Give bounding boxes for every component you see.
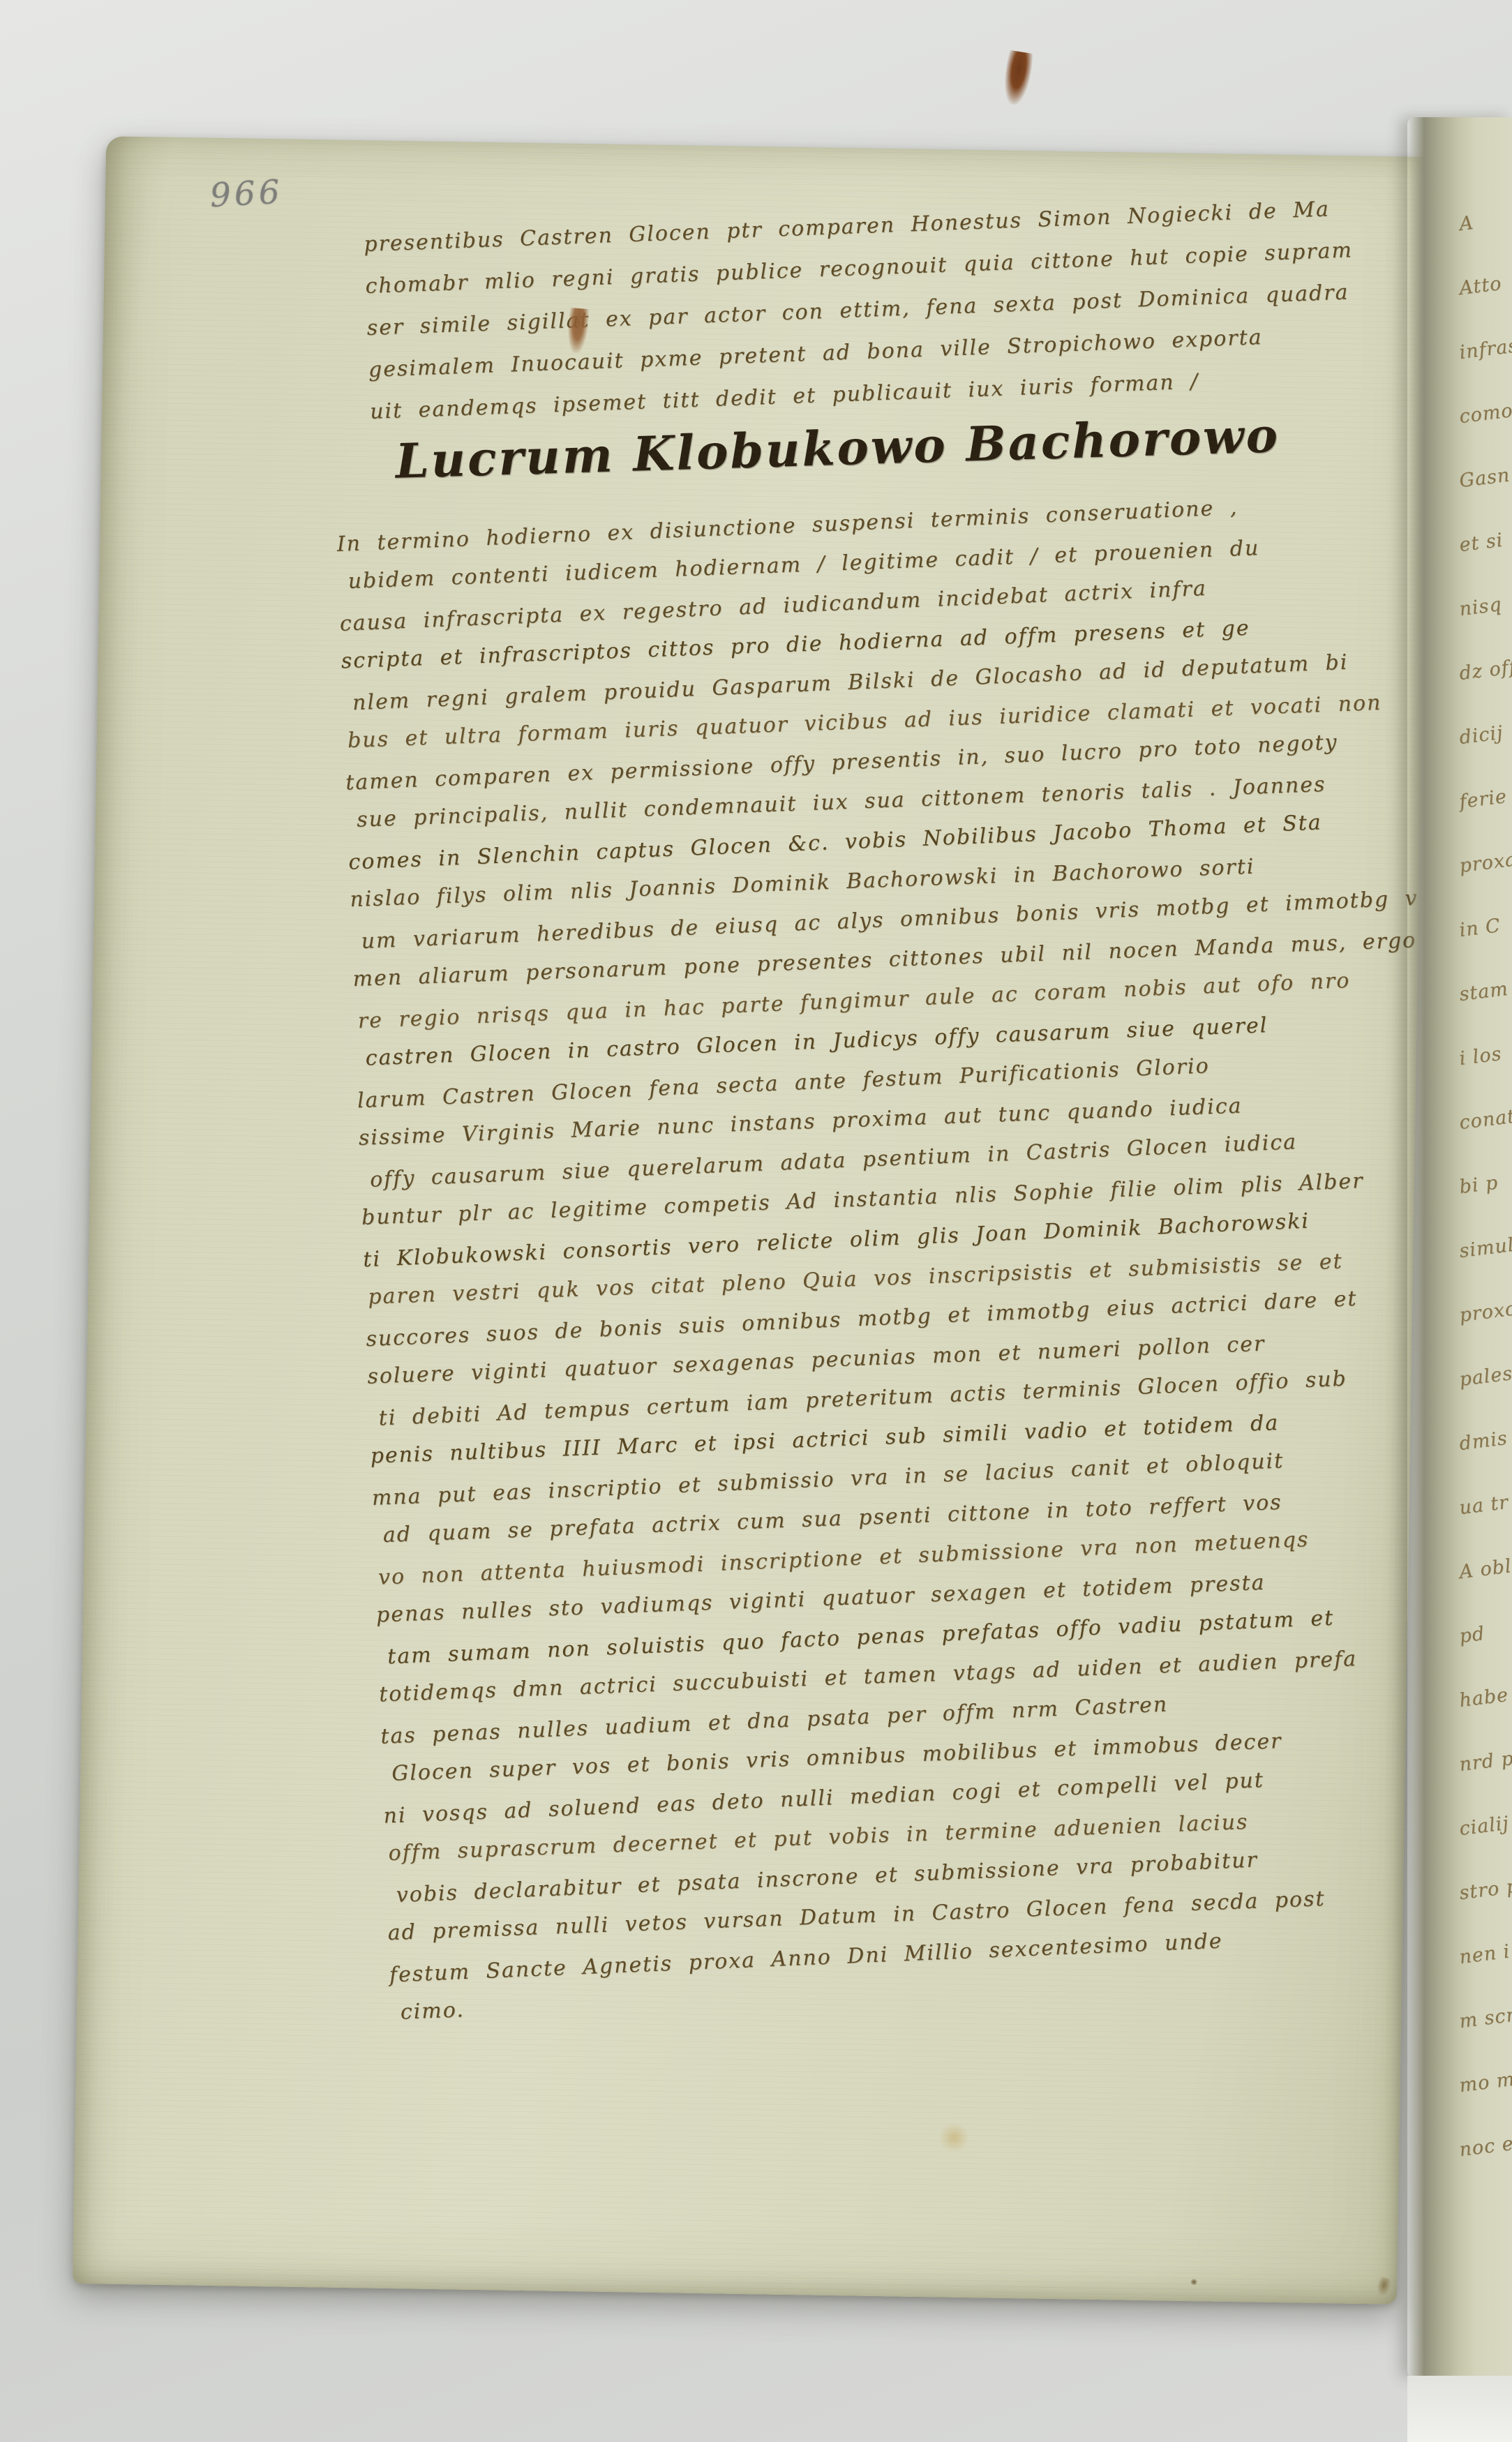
intro-paragraph: presentibus Castren Glocen ptr comparen … [363,186,1416,433]
adjacent-line-fragment: et si [1458,526,1512,598]
adjacent-line-fragment: in C [1458,911,1512,983]
adjacent-line-fragment: proxo [1458,1296,1512,1368]
adjacent-line-fragment: infras [1458,334,1512,405]
adjacent-line-fragment: pd [1458,1617,1512,1689]
page-number: 966 [209,173,285,216]
adjacent-line-fragment: habe [1458,1681,1512,1753]
photograph-backdrop: 966 presentibus Castren Glocen ptr compa… [0,0,1512,2442]
adjacent-line-fragment: stam [1458,975,1512,1047]
foxing-spot [937,2124,971,2151]
adjacent-line-fragment: ua tr [1458,1489,1512,1561]
adjacent-line-fragment: dz off [1458,654,1512,726]
manuscript-page: 966 presentibus Castren Glocen ptr compa… [73,136,1430,2304]
adjacent-line-fragment: conat [1458,1104,1512,1176]
adjacent-line-fragment: pales [1458,1361,1512,1432]
adjacent-line-fragment: mo m [1458,2067,1512,2138]
adjacent-line-fragment: Atto [1458,269,1512,341]
adjacent-line-fragment: dicij [1458,719,1512,791]
ink-speck [1190,2279,1197,2285]
adjacent-line-fragment: bi p [1458,1168,1512,1240]
adjacent-page-edge: A Atto infras como Gasn et si nisq dz of… [1407,117,1512,2378]
ink-speck [1375,2277,1391,2297]
adjacent-line-fragment: Gasn [1458,462,1512,534]
adjacent-line-fragment: i los [1458,1040,1512,1111]
adjacent-line-fragment: noc ex [1458,2131,1512,2203]
body-paragraph: In termino hodierno ex disiunctione susp… [336,482,1430,2032]
adjacent-line-fragment: dmis [1458,1425,1512,1497]
adjacent-line-fragment: ferie [1458,783,1512,855]
adjacent-line-fragment: nrd p [1458,1746,1512,1818]
adjacent-line-fragment: nen i [1458,1938,1512,2010]
adjacent-line-fragment: proxa [1458,847,1512,919]
adjacent-line-fragment: como [1458,398,1512,470]
adjacent-line-fragment: cialij s [1458,1810,1512,1882]
adjacent-line-fragment: A [1458,205,1512,277]
adjacent-line-fragment: simul [1458,1232,1512,1304]
adjacent-line-fragment: nisq [1458,590,1512,662]
adjacent-line-fragments: A Atto infras como Gasn et si nisq dz of… [1462,209,1512,2199]
backdrop-light-band [1407,2376,1512,2442]
adjacent-line-fragment: A obl [1458,1553,1512,1625]
adjacent-line-fragment: m scro [1458,2002,1512,2074]
adjacent-line-fragment: stro pl [1458,1874,1512,1946]
ink-stain [1001,50,1033,107]
